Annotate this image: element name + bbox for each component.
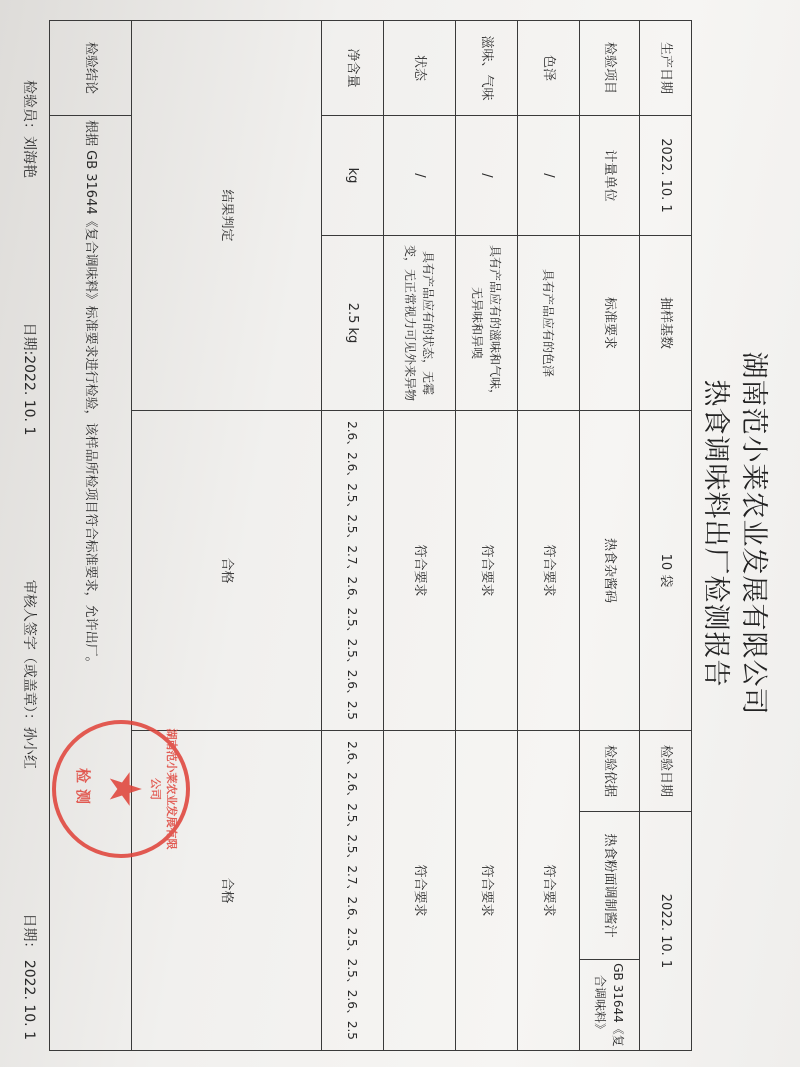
table-row: 滋味、气味 / 具有产品应有的滋味和气味，无异味和异嗅 符合要求 符合要求 bbox=[456, 21, 518, 1051]
conclusion-row: 检验结论 根据 GB 31644《复合调味料》标准要求进行检验，该样品所检项目符… bbox=[50, 21, 132, 1051]
row-result-2: 符合要求 bbox=[518, 731, 580, 1051]
signature-footer: 检验员：刘海艳 日期:2022. 10. 1 审核人签字（或盖章）：孙小红 日期… bbox=[20, 80, 40, 1040]
row-standard: 具有产品应有的滋味和气味，无异味和异嗅 bbox=[456, 236, 518, 411]
row-standard: 具有产品应有的状态，无霉变，无正常视力可见外来异物 bbox=[384, 236, 456, 411]
basis-value: GB 31644《复合调味料》 bbox=[580, 960, 639, 1050]
row-result-1: 符合要求 bbox=[456, 411, 518, 731]
seal-bottom-text: 检测 bbox=[73, 724, 94, 854]
company-seal: 湖南范小莱农业发展有限公司 ★ 检测 bbox=[52, 720, 190, 858]
row-item: 状态 bbox=[384, 21, 456, 116]
reviewer: 审核人签字（或盖章）：孙小红 bbox=[20, 580, 40, 769]
sample-count-label: 抽样基数 bbox=[640, 236, 692, 411]
row-unit: kg bbox=[322, 116, 384, 236]
basis-label: 检验依据 bbox=[580, 731, 639, 812]
judgement-label: 结果判定 bbox=[132, 21, 322, 411]
conclusion-label: 检验结论 bbox=[50, 21, 132, 116]
seal-ring-text: 湖南范小莱农业发展有限公司 bbox=[148, 724, 180, 854]
production-date: 2022. 10. 1 bbox=[640, 116, 692, 236]
row-unit: / bbox=[384, 116, 456, 236]
row-item: 净含量 bbox=[322, 21, 384, 116]
column-unit: 计量单位 bbox=[580, 116, 640, 236]
judgement-row: 结果判定 合格 合格 bbox=[132, 21, 322, 1051]
row-item: 滋味、气味 bbox=[456, 21, 518, 116]
inspection-date-label: 检验日期 bbox=[640, 731, 691, 812]
table-row: 状态 / 具有产品应有的状态，无霉变，无正常视力可见外来异物 符合要求 符合要求 bbox=[384, 21, 456, 1051]
inspector-date: 日期:2022. 10. 1 bbox=[20, 323, 40, 436]
reviewer-date: 日期： 2022. 10. 1 bbox=[20, 913, 40, 1040]
column-standard: 标准要求 bbox=[580, 236, 640, 411]
row-unit: / bbox=[518, 116, 580, 236]
table-row: 色泽 / 具有产品应有的色泽 符合要求 符合要求 bbox=[518, 21, 580, 1051]
sample-count: 10 袋 bbox=[640, 411, 692, 731]
conclusion-text: 根据 GB 31644《复合调味料》标准要求进行检验，该样品所检项目符合标准要求… bbox=[50, 116, 132, 1051]
row-standard: 具有产品应有的色泽 bbox=[518, 236, 580, 411]
row-item: 色泽 bbox=[518, 21, 580, 116]
header-row-1: 生产日期 2022. 10. 1 抽样基数 10 袋 检验日期 2022. 10… bbox=[640, 21, 692, 1051]
report-table: 生产日期 2022. 10. 1 抽样基数 10 袋 检验日期 2022. 10… bbox=[49, 20, 692, 1051]
row-result-2: 符合要求 bbox=[456, 731, 518, 1051]
column-item: 检验项目 bbox=[580, 21, 640, 116]
row-unit: / bbox=[456, 116, 518, 236]
inspection-date: 2022. 10. 1 bbox=[640, 812, 691, 1050]
row-result-2: 2.6、2.6、2.5、2.5、2.7、2.6、2.5、2.5、2.6、2.5 bbox=[322, 731, 384, 1051]
row-result-1: 2.6、2.6、2.5、2.5、2.7、2.6、2.5、2.5、2.6、2.5 bbox=[322, 411, 384, 731]
row-result-1: 符合要求 bbox=[518, 411, 580, 731]
product-2-name: 热食粉面调制酱汁 bbox=[580, 812, 639, 960]
row-result-2: 符合要求 bbox=[384, 731, 456, 1051]
report-page: 湖南范小莱农业发展有限公司 热食调味料出厂检测报告 生产日期 2022. 10.… bbox=[0, 0, 800, 1067]
row-result-1: 符合要求 bbox=[384, 411, 456, 731]
production-date-label: 生产日期 bbox=[640, 21, 692, 116]
row-standard: 2.5 kg bbox=[322, 236, 384, 411]
star-icon: ★ bbox=[102, 724, 146, 854]
judgement-1: 合格 bbox=[132, 411, 322, 731]
header-row-2: 检验项目 计量单位 标准要求 热食杂酱码 检验依据 热食粉面调制酱汁 GB 31… bbox=[580, 21, 640, 1051]
table-row: 净含量 kg 2.5 kg 2.6、2.6、2.5、2.5、2.7、2.6、2.… bbox=[322, 21, 384, 1051]
report-title: 热食调味料出厂检测报告 bbox=[699, 0, 738, 1067]
company-name: 湖南范小莱农业发展有限公司 bbox=[737, 0, 776, 1067]
product-1-name: 热食杂酱码 bbox=[580, 411, 640, 731]
inspector: 检验员：刘海艳 bbox=[20, 80, 40, 178]
